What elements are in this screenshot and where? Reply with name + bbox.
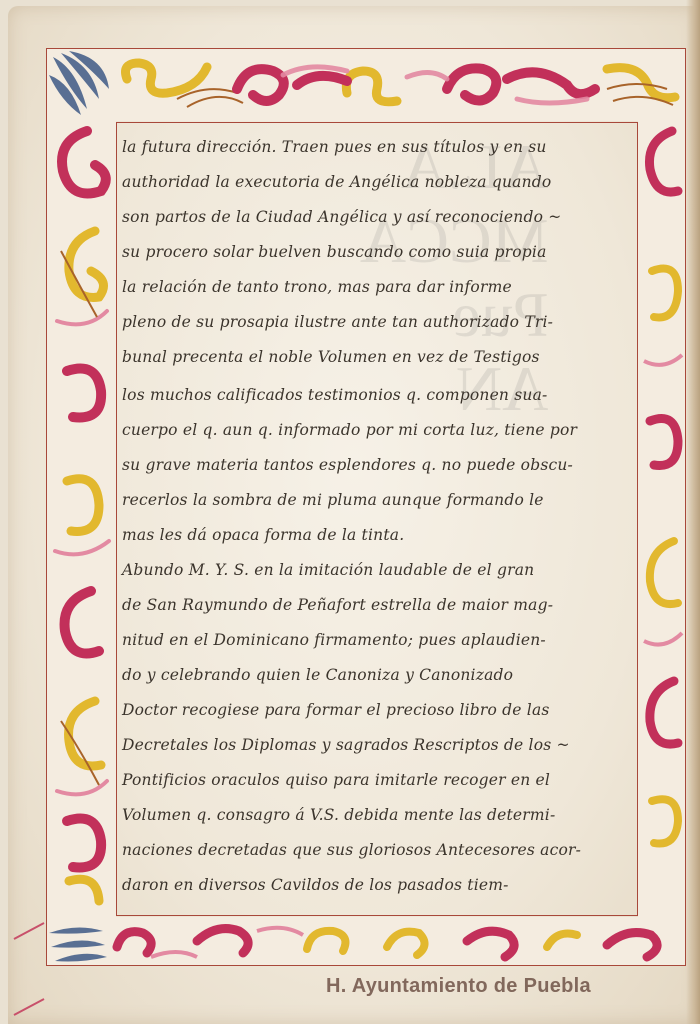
paragraph-start-line: Abundo M. Y. S. en la imitación laudable… <box>122 561 534 579</box>
text-line: Doctor recogiese para formar el precioso… <box>122 701 550 719</box>
text-line: los muchos calificados testimonios q. co… <box>122 386 547 404</box>
text-line: su procero solar buelven buscando como s… <box>122 243 547 261</box>
text-line: daron en diversos Cavildos de los pasado… <box>122 876 509 894</box>
text-line: nitud en el Dominicano firmamento; pues … <box>122 631 546 649</box>
manuscript-text-block: la futura dirección. Traen pues en sus t… <box>122 138 636 908</box>
text-line: cuerpo el q. aun q. informado por mi cor… <box>122 421 577 439</box>
text-line: Volumen q. consagro á V.S. debida mente … <box>122 806 555 824</box>
text-line: su grave materia tantos esplendores q. n… <box>122 456 573 474</box>
book-gutter <box>686 0 700 1024</box>
text-line: Decretales los Diplomas y sagrados Rescr… <box>122 736 570 754</box>
text-line: authoridad la executoria de Angélica nob… <box>122 173 551 191</box>
text-line: mas les dá opaca forma de la tinta. <box>122 526 404 544</box>
text-line: la futura dirección. Traen pues en sus t… <box>122 138 547 156</box>
text-line: Pontificios oraculos quiso para imitarle… <box>122 771 550 789</box>
text-line: de San Raymundo de Peñafort estrella de … <box>122 596 553 614</box>
text-line: recerlos la sombra de mi pluma aunque fo… <box>122 491 544 509</box>
text-line: bunal precenta el noble Volumen en vez d… <box>122 348 540 366</box>
text-line: do y celebrando quien le Canoniza y Cano… <box>122 666 513 684</box>
text-line: la relación de tanto trono, mas para dar… <box>122 278 512 296</box>
text-line: pleno de su prosapia ilustre ante tan au… <box>122 313 553 331</box>
archive-watermark: H. Ayuntamiento de Puebla <box>326 975 591 998</box>
text-line: naciones decretadas que sus gloriosos An… <box>122 841 581 859</box>
text-line: son partos de la Ciudad Angélica y así r… <box>122 208 561 226</box>
